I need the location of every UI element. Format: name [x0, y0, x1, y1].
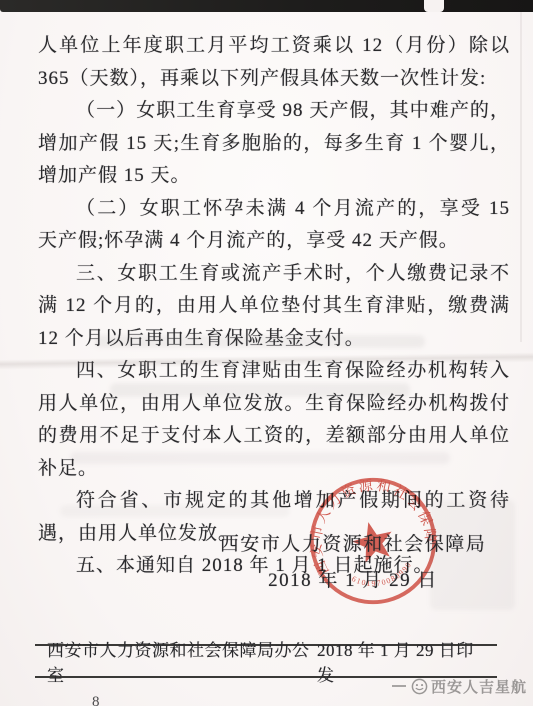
bleed-through-artifact [95, 335, 425, 348]
paragraph-continuation: 人单位上年度职工月平均工资乘以 12（月份）除以 365（天数），再乘以下列产假… [38, 30, 510, 95]
paragraph-item-2: （二）女职工怀孕未满 4 个月流产的，享受 15 天产假;怀孕满 4 个月流产的… [38, 193, 510, 258]
paragraph-item-1: （一）女职工生育享受 98 天产假，其中难产的，增加产假 15 天;生育多胞胎的… [38, 95, 510, 193]
bleed-through-artifact [60, 505, 290, 517]
paragraph-article-4: 四、女职工的生育津贴由生育保险经办机构转入用人单位，由用人单位发放。生育保险经办… [38, 355, 510, 485]
page-number: 8 [92, 694, 100, 706]
paper-edge-line [520, 12, 522, 342]
watermark-text: 西安人吉星航 [431, 676, 527, 697]
watermark: 西安人吉星航 [392, 676, 527, 696]
scanned-document-page: 人单位上年度职工月平均工资乘以 12（月份）除以 365（天数），再乘以下列产假… [0, 0, 533, 706]
watermark-dash [392, 685, 406, 687]
smiley-logo-icon [411, 678, 428, 695]
signature-org: 西安市人力资源和社会保障局 [213, 527, 493, 563]
signature-date: 2018 年 1 月 29 日 [213, 563, 493, 599]
scan-edge-notch [424, 0, 444, 12]
footer-issuance-bar: 西安市人力资源和社会保障局办公室 2018 年 1 月 29 日印发 [35, 644, 497, 678]
footer-office: 西安市人力资源和社会保障局办公室 [47, 636, 317, 686]
bleed-through-artifact [70, 452, 450, 464]
signature-block: 西安市人力资源和社会保障局 2018 年 1 月 29 日 [213, 527, 493, 599]
scan-edge-artifact [0, 0, 533, 12]
bleed-through-artifact [110, 383, 410, 397]
